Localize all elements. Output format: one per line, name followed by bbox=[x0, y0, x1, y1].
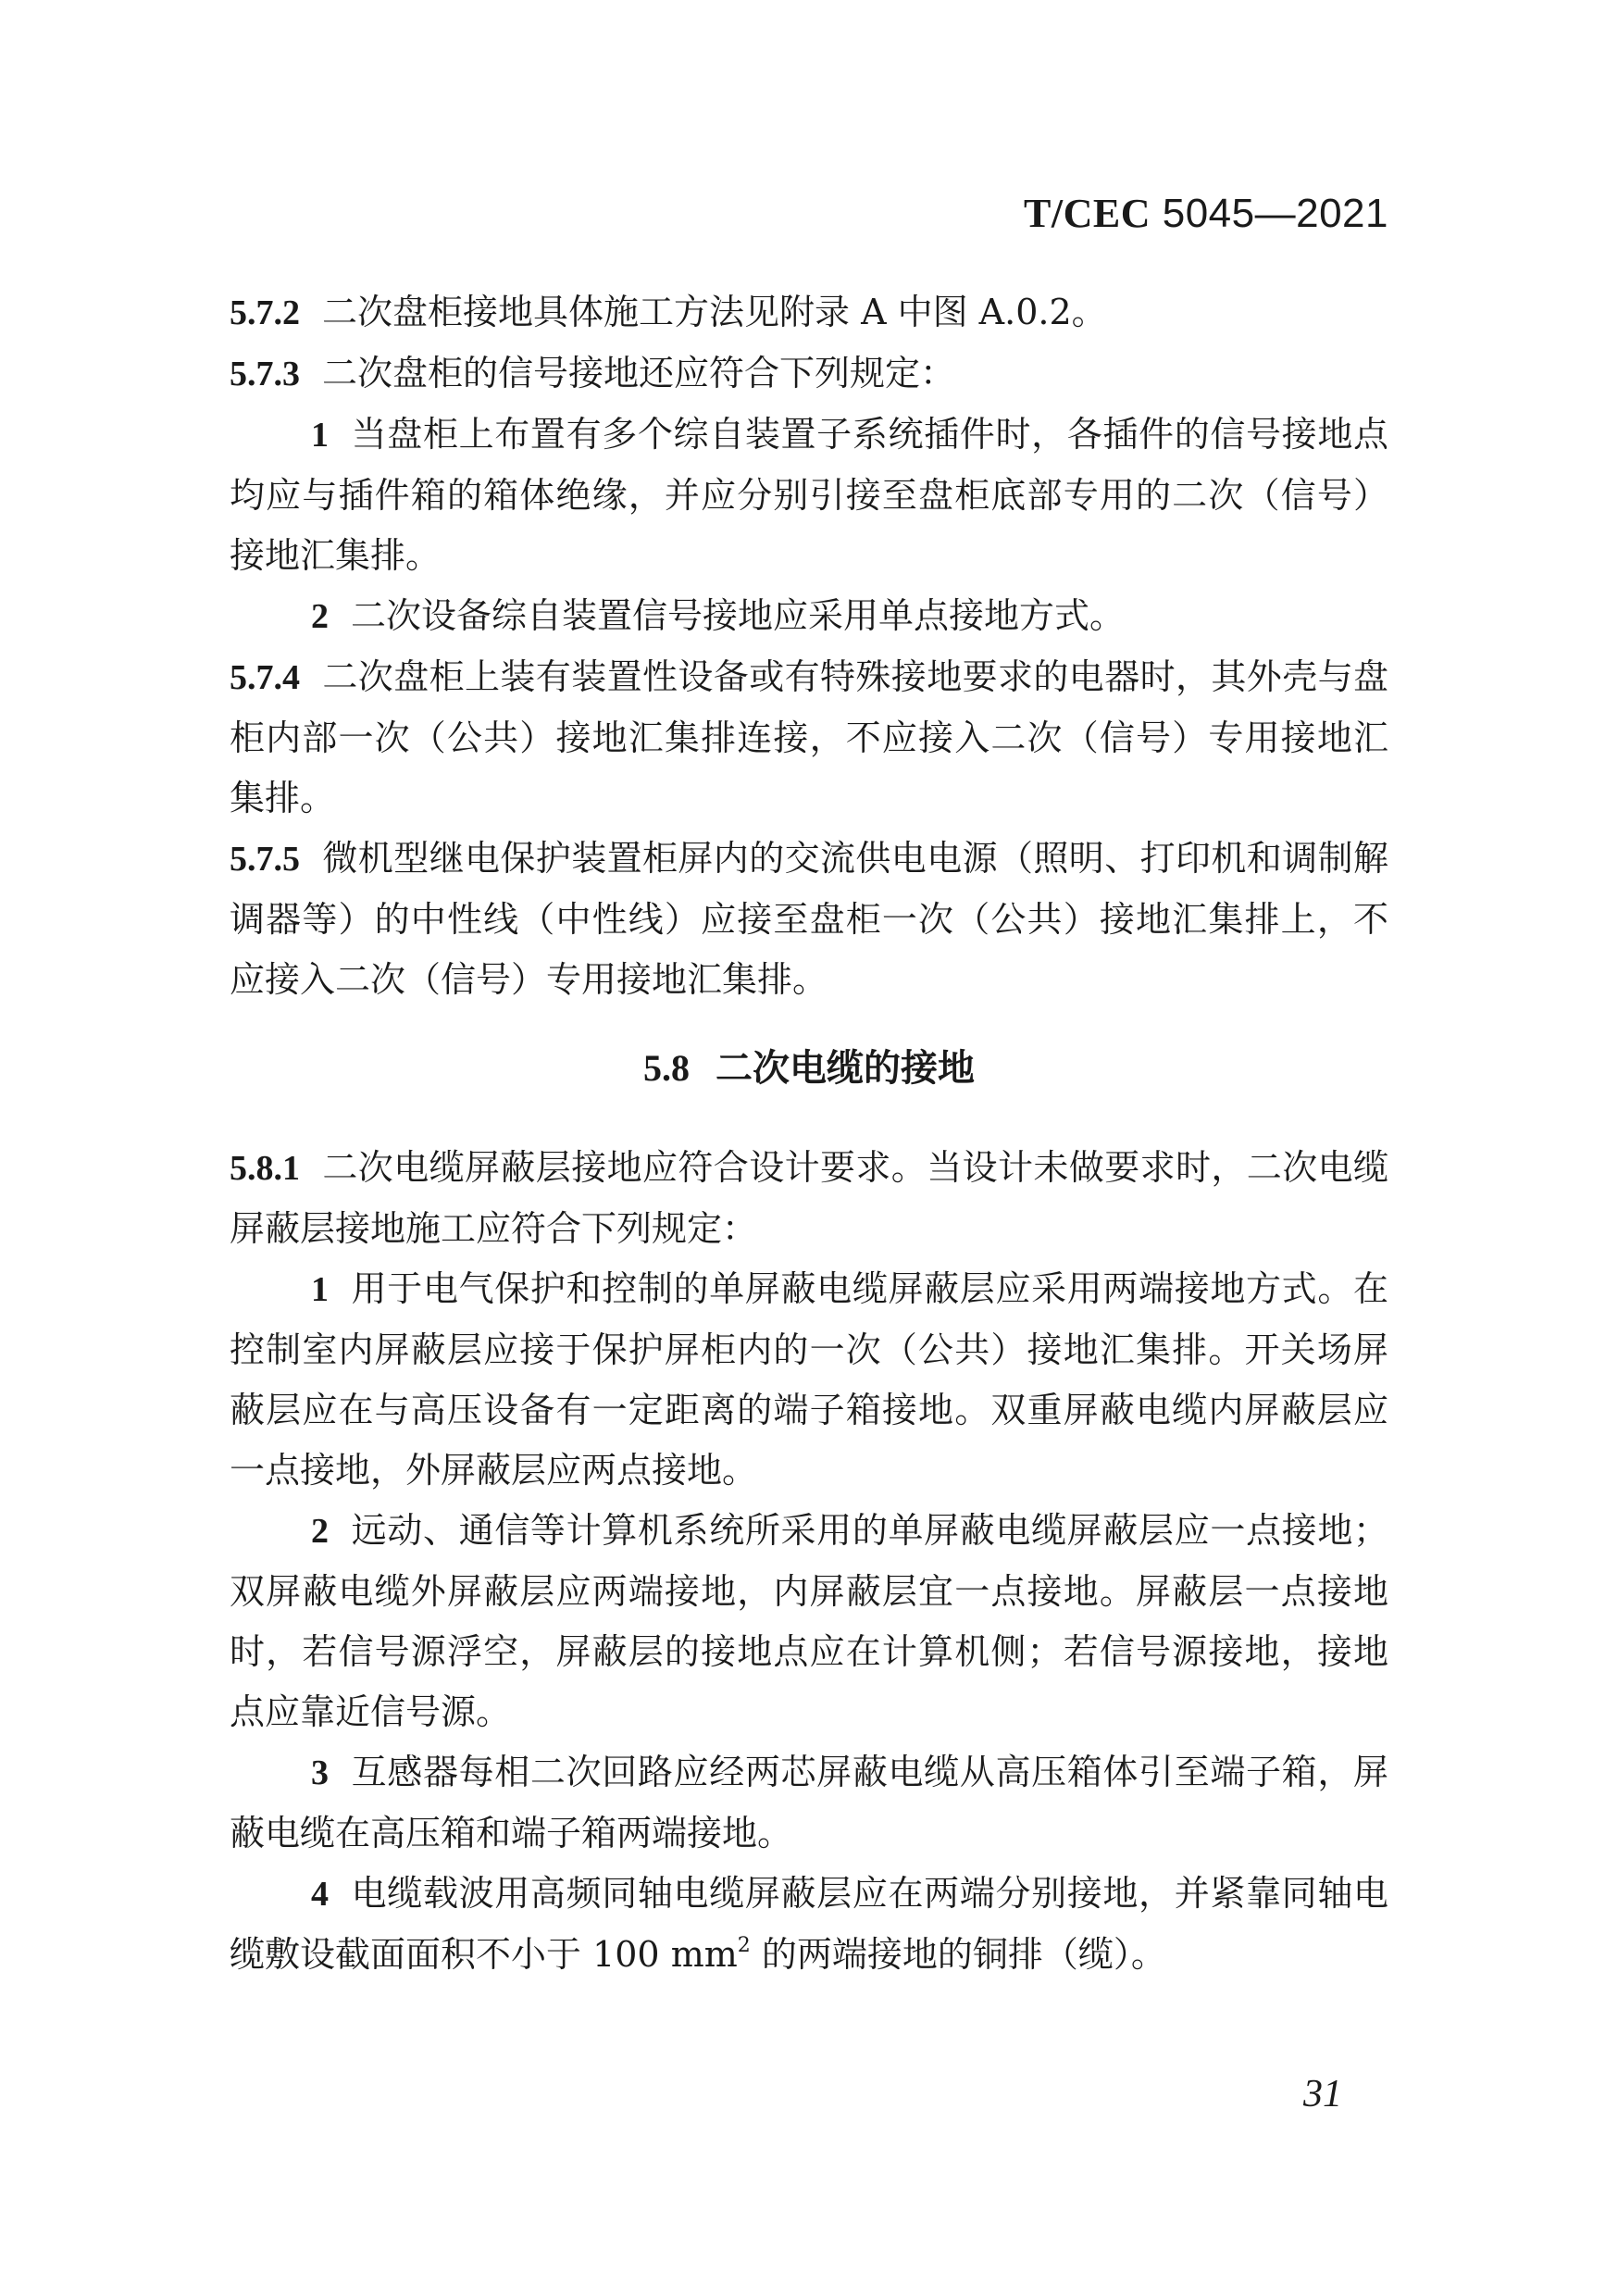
standard-code: T/CEC 5045—2021 bbox=[1024, 190, 1388, 237]
clause-text: 二次盘柜的信号接地还应符合下列规定： bbox=[322, 353, 955, 393]
list-item: 3互感器每相二次回路应经两芯屏蔽电缆从高压箱体引至端子箱，屏蔽电缆在高压箱和端子… bbox=[230, 1742, 1388, 1864]
standard-number: 5045—2021 bbox=[1151, 191, 1388, 236]
item-text: 二次设备综自装置信号接地应采用单点接地方式。 bbox=[351, 595, 1125, 636]
item-number: 4 bbox=[311, 1875, 329, 1914]
clause-5-7-3: 5.7.3二次盘柜的信号接地还应符合下列规定： bbox=[230, 343, 1388, 405]
item-number: 1 bbox=[311, 416, 329, 455]
section-number: 5.8 bbox=[643, 1047, 690, 1089]
item-number: 2 bbox=[311, 1512, 329, 1551]
list-item: 4电缆载波用高频同轴电缆屏蔽层应在两端分别接地，并紧靠同轴电缆敷设截面面积不小于… bbox=[230, 1864, 1388, 1985]
clause-number: 5.8.1 bbox=[230, 1149, 300, 1188]
clause-number: 5.7.3 bbox=[230, 355, 300, 393]
list-item: 2二次设备综自装置信号接地应采用单点接地方式。 bbox=[230, 586, 1388, 647]
list-item: 2远动、通信等计算机系统所采用的单屏蔽电缆屏蔽层应一点接地；双屏蔽电缆外屏蔽层应… bbox=[230, 1501, 1388, 1742]
list-item: 1用于电气保护和控制的单屏蔽电缆屏蔽层应采用两端接地方式。在控制室内屏蔽层应接于… bbox=[230, 1259, 1388, 1501]
item-number: 1 bbox=[311, 1270, 329, 1309]
item-text: 当盘柜上布置有多个综自装置子系统插件时，各插件的信号接地点均应与插件箱的箱体绝缘… bbox=[230, 414, 1388, 576]
clause-text: 二次盘柜上装有装置性设备或有特殊接地要求的电器时，其外壳与盘柜内部一次（公共）接… bbox=[230, 656, 1388, 818]
clause-number: 5.7.2 bbox=[230, 293, 300, 332]
document-body: 5.7.2二次盘柜接地具体施工方法见附录 A 中图 A.0.2。 5.7.3二次… bbox=[230, 282, 1388, 1985]
clause-5-8-1: 5.8.1二次电缆屏蔽层接地应符合设计要求。当设计未做要求时，二次电缆屏蔽层接地… bbox=[230, 1138, 1388, 1259]
standard-prefix: T/CEC bbox=[1024, 191, 1151, 236]
superscript: 2 bbox=[738, 1934, 751, 1957]
item-text: 互感器每相二次回路应经两芯屏蔽电缆从高压箱体引至端子箱，屏蔽电缆在高压箱和端子箱… bbox=[230, 1752, 1388, 1853]
list-item: 1当盘柜上布置有多个综自装置子系统插件时，各插件的信号接地点均应与插件箱的箱体绝… bbox=[230, 405, 1388, 586]
clause-5-7-4: 5.7.4二次盘柜上装有装置性设备或有特殊接地要求的电器时，其外壳与盘柜内部一次… bbox=[230, 647, 1388, 829]
item-text: 用于电气保护和控制的单屏蔽电缆屏蔽层应采用两端接地方式。在控制室内屏蔽层应接于保… bbox=[230, 1268, 1388, 1491]
clause-text: 二次盘柜接地具体施工方法见附录 A 中图 A.0.2。 bbox=[322, 292, 1107, 332]
item-number: 2 bbox=[311, 597, 329, 636]
clause-text: 微机型继电保护装置柜屏内的交流供电电源（照明、打印机和调制解调器等）的中性线（中… bbox=[230, 838, 1388, 1000]
section-heading: 5.8二次电缆的接地 bbox=[230, 1038, 1388, 1099]
item-text: 远动、通信等计算机系统所采用的单屏蔽电缆屏蔽层应一点接地；双屏蔽电缆外屏蔽层应两… bbox=[230, 1510, 1388, 1732]
clause-5-7-2: 5.7.2二次盘柜接地具体施工方法见附录 A 中图 A.0.2。 bbox=[230, 282, 1388, 343]
clause-text: 二次电缆屏蔽层接地应符合设计要求。当设计未做要求时，二次电缆屏蔽层接地施工应符合… bbox=[230, 1147, 1388, 1249]
item-number: 3 bbox=[311, 1753, 329, 1792]
clause-5-7-5: 5.7.5微机型继电保护装置柜屏内的交流供电电源（照明、打印机和调制解调器等）的… bbox=[230, 829, 1388, 1010]
page-number: 31 bbox=[1303, 2072, 1342, 2116]
clause-number: 5.7.4 bbox=[230, 658, 300, 697]
clause-number: 5.7.5 bbox=[230, 840, 300, 879]
section-title: 二次电缆的接地 bbox=[716, 1047, 975, 1090]
item-text-after: 的两端接地的铜排（缆）。 bbox=[751, 1934, 1166, 1975]
